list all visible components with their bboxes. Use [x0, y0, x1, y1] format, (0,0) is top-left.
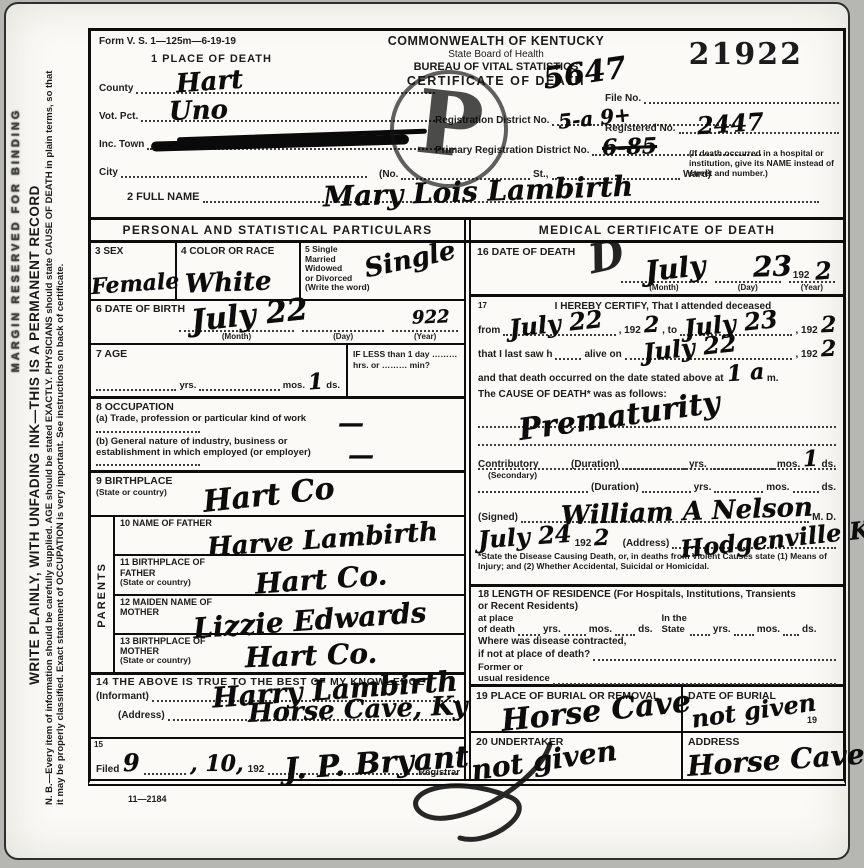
- cause-line-1: Prematurity: [478, 402, 836, 428]
- parents-label: PARENTS: [96, 562, 108, 628]
- death-time-handwriting: 1 a: [726, 361, 765, 386]
- undertaker-cell: 20 UNDERTAKER not given: [471, 733, 683, 779]
- voting-precinct-value-handwriting: Uno: [169, 97, 229, 125]
- dod-year-line: 192 2: [789, 275, 835, 283]
- filed-gap-line: [144, 765, 186, 776]
- certify-heading-line: 17 I HEREBY CERTIFY, That I attended dec…: [478, 301, 836, 312]
- state-ds-line: [783, 625, 799, 636]
- city-label: City: [99, 167, 118, 178]
- parents-rows: 10 NAME OF FATHER Harve Lambirth 11 BIRT…: [115, 517, 464, 672]
- residence-yrs-label: yrs.: [543, 624, 561, 636]
- sex-cell: 3 SEX Female: [91, 243, 177, 299]
- to-year-handwriting: 2: [820, 314, 836, 337]
- secondary-label: (Secondary): [488, 470, 836, 480]
- filed-section-number: 15: [94, 740, 103, 749]
- in-state-label: In the State: [662, 614, 687, 636]
- parents-block: PARENTS 10 NAME OF FATHER Harve Lambirth…: [91, 517, 464, 675]
- from-line: July 22: [503, 326, 615, 337]
- hospital-note: (If death occurred in a hospital or inst…: [689, 149, 839, 178]
- full-name-field: 2 FULL NAME Mary Lois Lambirth: [127, 191, 819, 203]
- occupation-trade-value-handwriting: —: [338, 411, 364, 437]
- from-year-printed: , 192: [619, 325, 641, 336]
- county-label: County: [99, 83, 133, 94]
- last-saw-year-printed: , 192: [795, 349, 817, 360]
- last-saw-value-handwriting: July 22: [642, 331, 738, 365]
- file-number-field: File No.: [605, 93, 839, 104]
- dod-day-line: 23: [715, 275, 781, 283]
- age-ds-label: ds.: [326, 380, 340, 391]
- county-value-handwriting: Hart: [176, 67, 245, 98]
- date-of-death-row: 16 DATE OF DEATH D July (Month) 23: [471, 243, 843, 297]
- occupation-row: 8 OCCUPATION (a) Trade, profession or pa…: [91, 399, 464, 473]
- place-of-death-heading: 1 PLACE OF DEATH: [151, 53, 272, 65]
- marital-cell: 5 Single Married Widowed or Divorced (Wr…: [301, 243, 464, 299]
- state-yrs-label: yrs.: [713, 624, 731, 636]
- cause-dotted-line-2: [478, 436, 836, 447]
- state-ds-label: ds.: [802, 624, 816, 636]
- residence-ds-label: ds.: [638, 624, 652, 636]
- alive-on-label: alive on: [584, 349, 621, 360]
- residence-yrs-line: [518, 625, 540, 636]
- attended-from-line: from July 22 , 192 2 , to July 23 , 192 …: [478, 314, 836, 336]
- last-saw-label: that I last saw h: [478, 349, 552, 360]
- age-mos-line: [199, 381, 279, 391]
- undertaker-address-cell: ADDRESS Horse Cave Ky: [683, 733, 843, 779]
- signed-label: (Signed): [478, 512, 518, 523]
- contributory-duration-lead: [478, 483, 588, 494]
- filed-label: Filed: [96, 764, 119, 775]
- father-birthplace-row: 11 BIRTHPLACE OF FATHER (State or countr…: [115, 556, 464, 595]
- father-name-row: 10 NAME OF FATHER Harve Lambirth: [115, 517, 464, 556]
- cause-dotted-line-1: Prematurity: [478, 418, 836, 429]
- registered-number-value-handwriting: 2447: [696, 110, 764, 139]
- residence-block: 18 LENGTH OF RESIDENCE (For Hospitals, I…: [471, 587, 843, 687]
- ward-label: Ward): [683, 169, 711, 180]
- occupation-trade-label: (a) Trade, profession or particular kind…: [96, 413, 311, 435]
- burial-row: 19 PLACE OF BURIAL OR REMOVAL Horse Cave…: [471, 687, 843, 733]
- dod-year-value-handwriting: 2: [814, 258, 832, 283]
- contributory-duration-line: (Duration) yrs. mos. ds.: [478, 482, 836, 493]
- city-line: [121, 168, 367, 179]
- if-less-than-day-box: IF LESS than 1 day ……… hrs. or ……… min?: [346, 345, 464, 396]
- contracted-question-label: if not at place of death?: [478, 649, 590, 661]
- undertaker-row: 20 UNDERTAKER not given ADDRESS Horse Ca…: [471, 733, 843, 779]
- state-mos-line: [734, 625, 754, 636]
- full-name-line: Mary Lois Lambirth: [203, 191, 819, 203]
- former-residence-dotted-line: [553, 674, 836, 685]
- marital-write-word-note: (Write the word): [305, 283, 460, 293]
- dod-day-value-handwriting: 23: [752, 252, 792, 281]
- informant-label: (Informant): [96, 691, 149, 702]
- from-label: from: [478, 325, 500, 336]
- burial-date-cell: DATE OF BURIAL not given 19: [683, 687, 843, 731]
- margin-instructions: WRITE PLAINLY, WITH UNFADING INK—THIS IS…: [27, 65, 89, 805]
- age-yrs-line: [96, 381, 176, 391]
- registrar-label: Registrar: [418, 767, 460, 778]
- residence-mos-line: [564, 625, 586, 636]
- age-label: 7 AGE: [96, 348, 127, 360]
- sex-value-handwriting: Female: [90, 270, 180, 298]
- age-cell: 7 AGE yrs. mos. 1 ds.: [91, 345, 346, 396]
- dod-month-line: July: [621, 275, 707, 283]
- age-mos-label: mos.: [283, 380, 305, 391]
- race-label: 4 COLOR OR RACE: [181, 246, 274, 257]
- contributory-mos-label: mos.: [766, 482, 789, 493]
- signed-year-handwriting: 2: [594, 527, 610, 550]
- residence-ds-line: [615, 625, 635, 636]
- residence-mos-label: mos.: [589, 624, 612, 636]
- former-residence-label: Former or usual residence: [478, 663, 550, 685]
- signed-address-label: (Address): [623, 538, 670, 549]
- signed-date-handwriting: July 24: [477, 522, 572, 552]
- registered-number-field: Registered No. 2447: [605, 123, 839, 134]
- contracted-line: if not at place of death?: [478, 649, 836, 661]
- last-saw-year-handwriting: 2: [820, 338, 836, 361]
- contributory-duration-label: (Duration): [591, 482, 639, 493]
- county-field: County Hart: [99, 83, 435, 94]
- alive-on-line: July 22: [625, 350, 793, 361]
- age-line: yrs. mos. 1 ds.: [96, 371, 340, 391]
- death-time-m-label: m.: [767, 373, 779, 384]
- contributory-yrs-label: yrs.: [694, 482, 712, 493]
- certificate-serial-number: 21922: [689, 37, 803, 72]
- dod-month-segment: July (Month): [621, 275, 707, 292]
- certify-section-number: 17: [478, 301, 487, 310]
- scanned-death-certificate: MARGIN RESERVED FOR BINDING WRITE PLAINL…: [0, 0, 864, 868]
- signed-address-line: Hodgenville Ky: [672, 539, 836, 550]
- state-mos-label: mos.: [757, 624, 780, 636]
- inc-town-label: Inc. Town: [99, 139, 144, 150]
- registered-number-label: Registered No.: [605, 123, 676, 134]
- personal-section-title: PERSONAL AND STATISTICAL PARTICULARS: [91, 220, 471, 240]
- residence-duration-line: at place of death yrs. mos. ds. In the S…: [478, 614, 836, 636]
- dob-year-label: (Year): [392, 332, 458, 341]
- dob-day-segment: (Day): [302, 324, 384, 341]
- form-number: Form V. S. 1—125m—6-19-19: [99, 36, 236, 47]
- attest-block: 14 THE ABOVE IS TRUE TO THE BEST OF MY K…: [91, 675, 464, 739]
- medical-column: 16 DATE OF DEATH D July (Month) 23: [471, 243, 843, 779]
- to-year-printed: , 192: [795, 325, 817, 336]
- informant-address-label: (Address): [118, 710, 165, 721]
- file-number-line: [644, 94, 839, 105]
- burial-place-cell: 19 PLACE OF BURIAL OR REMOVAL Horse Cave: [471, 687, 683, 731]
- margin-nb-note: N. B.—Every item of information should b…: [44, 65, 66, 805]
- certify-block: 17 I HEREBY CERTIFY, That I attended dec…: [471, 297, 843, 457]
- date-of-birth-label: 6 DATE OF BIRTH: [96, 303, 185, 315]
- dod-day-label: (Day): [715, 283, 781, 292]
- burial-year-printed: 19: [807, 715, 817, 725]
- birthplace-row: 9 BIRTHPLACE (State or country) Hart Co: [91, 473, 464, 517]
- filed-row: 15 Filed 9 , 10, 192 J. P. Bryant Regist…: [91, 739, 464, 779]
- contracted-dotted-line: [593, 650, 836, 661]
- informant-address-field: (Address) Horse Cave, Ky: [96, 710, 459, 721]
- parents-rail: PARENTS: [91, 517, 115, 672]
- race-cell: 4 COLOR OR RACE White: [177, 243, 301, 299]
- voting-precinct-field: Vot. Pct. Uno: [99, 111, 435, 122]
- dob-day-label: (Day): [302, 332, 384, 341]
- father-birthplace-label: 11 BIRTHPLACE OF FATHER: [120, 557, 238, 578]
- personal-column: 3 SEX Female 4 COLOR OR RACE White 5 Sin…: [91, 243, 471, 779]
- occupation-label: 8 OCCUPATION: [96, 401, 459, 413]
- filed-month-handwriting: , 10,: [190, 753, 244, 775]
- county-line: Hart: [136, 84, 435, 95]
- dod-month-day-year: July (Month) 23 (Day) 192: [621, 275, 835, 292]
- dod-day-segment: 23 (Day): [715, 275, 781, 292]
- date-of-death-label: 16 DATE OF DEATH: [477, 246, 575, 258]
- file-number-label: File No.: [605, 93, 641, 104]
- contributory-ds-label: ds.: [822, 482, 836, 493]
- sex-label: 3 SEX: [95, 246, 123, 257]
- father-birthplace-value-handwriting: Hart Co.: [254, 561, 388, 598]
- form-print-code: 11—2184: [128, 794, 167, 804]
- contributory-mos-line: [714, 483, 763, 494]
- age-row: 7 AGE yrs. mos. 1 ds. IF LESS than 1 day…: [91, 345, 464, 399]
- race-value-handwriting: White: [185, 268, 272, 297]
- signed-year-printed: 192: [575, 538, 592, 549]
- state-yrs-line: [690, 625, 710, 636]
- section-titles: PERSONAL AND STATISTICAL PARTICULARS MED…: [91, 217, 843, 243]
- residence-heading: 18 LENGTH OF RESIDENCE (For Hospitals, I…: [478, 589, 808, 612]
- voting-precinct-label: Vot. Pct.: [99, 111, 138, 122]
- dob-day-line: [302, 324, 384, 332]
- signed-row: (Signed) William A Nelson M. D.: [471, 501, 843, 523]
- mother-name-row: 12 MAIDEN NAME OF MOTHER Lizzie Edwards: [115, 596, 464, 635]
- cause-footnote: *State the Disease Causing Death, or, in…: [471, 549, 843, 587]
- medical-section-title: MEDICAL CERTIFICATE OF DEATH: [471, 220, 843, 240]
- dod-month-value-handwriting: July: [644, 252, 707, 286]
- mother-birthplace-row: 13 BIRTHPLACE OF MOTHER (State or countr…: [115, 635, 464, 672]
- commonwealth-title: COMMONWEALTH OF KENTUCKY: [329, 34, 663, 49]
- mother-birthplace-label: 13 BIRTHPLACE OF MOTHER: [120, 636, 238, 657]
- father-name-value-handwriting: Harve Lambirth: [206, 519, 438, 561]
- sex-race-marital-row: 3 SEX Female 4 COLOR OR RACE White 5 Sin…: [91, 243, 464, 301]
- margin-write-plainly-note: WRITE PLAINLY, WITH UNFADING INK—THIS IS…: [27, 65, 42, 805]
- filed-year-printed: 192: [248, 764, 265, 775]
- informant-address-value-handwriting: Horse Cave, Ky: [247, 693, 467, 727]
- contributory-dotted-line: [542, 460, 836, 471]
- from-value-handwriting: July 22: [508, 307, 604, 341]
- filed-line: Filed 9 , 10, 192 J. P. Bryant: [96, 751, 458, 775]
- contracted-label: Where was disease contracted,: [478, 636, 836, 648]
- age-yrs-label: yrs.: [179, 380, 196, 391]
- dob-year-value-handwriting: 922: [412, 308, 450, 327]
- at-place-label: at place of death: [478, 614, 515, 636]
- contributory-ds-line: [793, 483, 819, 494]
- death-occurred-label: and that death occurred on the date stat…: [478, 373, 724, 384]
- last-saw-blank: [555, 350, 581, 361]
- filed-day-handwriting: 9: [123, 751, 141, 776]
- former-residence-line: Former or usual residence: [478, 663, 836, 685]
- certificate-columns: 3 SEX Female 4 COLOR OR RACE White 5 Sin…: [91, 243, 843, 779]
- age-days-value-handwriting: 1: [307, 370, 324, 393]
- primary-district-value-handwriting: 6-85: [602, 135, 658, 159]
- occupation-industry-value-handwriting: —: [348, 443, 374, 469]
- mother-birthplace-value-handwriting: Hart Co.: [245, 640, 378, 673]
- father-name-label: 10 NAME OF FATHER: [120, 518, 238, 528]
- registrar-signature-handwriting: J. P. Bryant: [284, 743, 471, 786]
- full-name-label: 2 FULL NAME: [127, 191, 200, 203]
- informant-address-line: Horse Cave, Ky: [168, 711, 459, 722]
- registered-number-line: 2447: [679, 124, 839, 135]
- date-of-birth-row: 6 DATE OF BIRTH (Month) (Day) (Year) Jul…: [91, 301, 464, 345]
- city-field: City: [99, 167, 367, 178]
- dod-year-printed: 192: [793, 270, 810, 281]
- date-of-death-flourish: D: [585, 234, 627, 280]
- dod-year-segment: 192 2 (Year): [789, 275, 835, 292]
- occupation-industry-label: (b) General nature of industry, business…: [96, 436, 311, 470]
- stamp-letter: P: [411, 69, 488, 179]
- contributory-yrs-line: [642, 483, 691, 494]
- last-saw-line: that I last saw h alive on July 22 , 192…: [478, 338, 836, 360]
- from-year-handwriting: 2: [643, 314, 659, 337]
